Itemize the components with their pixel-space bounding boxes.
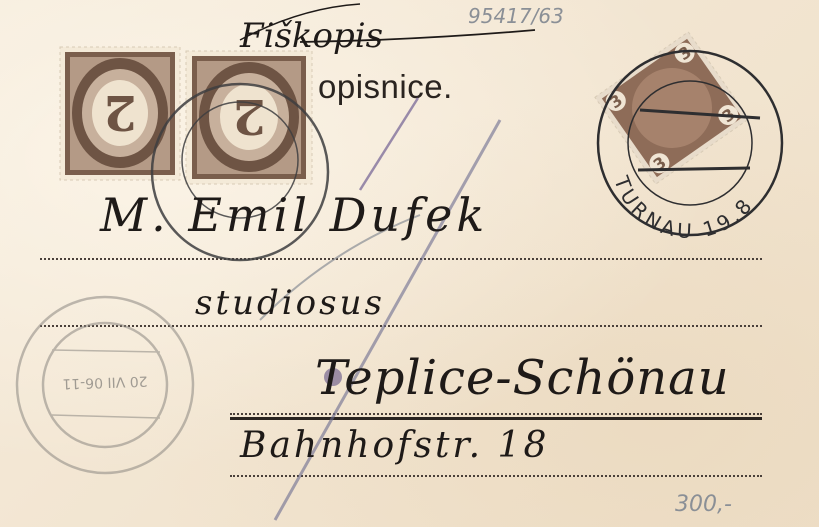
addressee-name: M. Emil Dufek (100, 188, 488, 242)
postage-due-stamp-1: 2 (60, 47, 180, 180)
addressee-title: studiosus (195, 283, 385, 323)
reference-number: 95417/63 (468, 4, 564, 28)
postcard: opisnice. 20 VII 06-11 2 2 (0, 0, 819, 527)
sender-handwriting: Fiškopis (240, 16, 383, 56)
svg-text:2: 2 (232, 88, 265, 144)
turnau-postmark-text: TURNAU 19.8 (609, 172, 759, 243)
arrival-postmark-date: 20 VII 06-11 (62, 373, 148, 392)
svg-text:2: 2 (103, 84, 136, 140)
postage-due-stamp-2: 2 (186, 51, 312, 184)
postage-stamp: 3 3 3 3 (595, 32, 749, 184)
addressee-street: Bahnhofstr. 18 (240, 425, 549, 466)
addressee-city: Teplice-Schönau (315, 350, 730, 406)
price-note: 300,- (675, 492, 732, 517)
